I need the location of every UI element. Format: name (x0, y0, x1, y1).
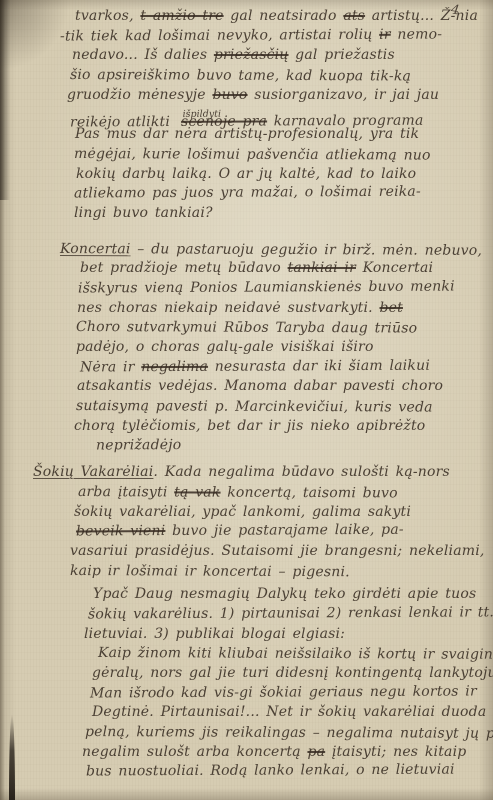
manuscript-line: chorą tylėčiomis, bet dar ir jis nieko a… (74, 417, 493, 437)
manuscript-line: sutaisymą pavesti p. Marcinkevičiui, kur… (76, 397, 493, 419)
text-run: šokių vakarėliai, ypač lankomi, galima s… (74, 504, 411, 520)
text-run: nesurasta dar iki šiam laikui (208, 357, 430, 374)
text-run: negalim sulošt arba koncertą (82, 744, 307, 760)
text-run: šokių vakarėlius. 1) pirtaunisai 2) renk… (88, 604, 493, 622)
text-run: bus nuostuoliai. Rodą lanko lenkai, o ne… (86, 762, 455, 780)
strikethrough-run: tą vak (174, 484, 220, 500)
text-run: karnavalo programa (267, 113, 424, 130)
strikethrough-run: pa (307, 744, 325, 760)
manuscript-line: šokių vakarėlius. 1) pirtaunisai 2) renk… (88, 603, 493, 625)
text-run: kokių darbų laiką. O ar jų kaltė, kad to… (76, 166, 416, 182)
manuscript-line: gruodžio mėnesyje buvo susiorganizavo, i… (67, 86, 493, 106)
manuscript-line: gėralų, nors gal jie turi didesnį kontin… (92, 664, 493, 684)
text-run: lingi buvo tankiai? (74, 205, 213, 221)
manuscript-body: tvarkos, t amžio tre gal neatsirado ats … (0, 7, 493, 782)
manuscript-line: kokių darbų laiką. O ar jų kaltė, kad to… (76, 165, 493, 185)
text-run: -tik tiek kad lošimai nevyko, artistai r… (60, 27, 379, 45)
manuscript-line: mėgėjai, kurie lošimui pašvenčia atlieka… (74, 145, 493, 167)
manuscript-line: pelną, kuriems jis reikalingas – negalim… (85, 723, 493, 744)
manuscript-line: atsakantis vedėjas. Manoma dabar pavesti… (77, 377, 493, 397)
text-run: gal neatsirado (224, 8, 344, 24)
manuscript-line: lietuviai. 3) publikai blogai elgiasi: (84, 625, 493, 645)
strikethrough-run: beveik vieni (76, 523, 166, 539)
manuscript-line: nes choras niekaip neidavė sustvarkyti. … (77, 299, 493, 319)
text-run: chorą tylėčiomis, bet dar ir jis nieko a… (74, 418, 425, 434)
text-run: lietuviai. 3) publikai blogai elgiasi: (84, 626, 345, 642)
text-run: susiorganizavo, ir jai jau (248, 87, 440, 103)
text-run: įtaisyti; nes kitaip (325, 744, 466, 760)
text-run: buvo jie pastarajame laike, pa- (165, 522, 403, 539)
text-run: koncertą, taisomi buvo (221, 484, 398, 501)
text-run: atsakantis vedėjas. Manoma dabar pavesti… (77, 378, 443, 394)
manuscript-line: nedavo... Iš dalies priežasčių gal priež… (72, 46, 493, 66)
strikethrough-run: buvo (212, 87, 247, 103)
strikethrough-run: tankiai ir (288, 260, 356, 276)
strikethrough-run: t amžio tre (140, 8, 223, 24)
text-run: sutaisymą pavesti p. Marcinkevičiui, kur… (76, 398, 433, 416)
text-run: tvarkos, (75, 8, 140, 24)
text-run: nemo- (391, 26, 442, 42)
manuscript-line: Man išrodo kad vis-gi šokiai geriaus neg… (90, 682, 493, 704)
text-run: vasariui prasidėjus. Sutaisomi jie brang… (70, 543, 485, 559)
manuscript-line: Choro sutvarkymui Rūbos Taryba daug triū… (76, 318, 493, 340)
strikethrough-run: priežasčių (214, 47, 289, 63)
text-run: Koncertai (356, 260, 433, 276)
text-run: reikėjo atlikti (70, 114, 177, 131)
inserted-word: išpildyti (183, 109, 221, 120)
manuscript-line: išskyrus vieną Ponios Laumianskienės buv… (78, 277, 493, 299)
manuscript-line: šio apsireiškimo buvo tame, kad kuopa ti… (70, 66, 493, 88)
text-run: neprižadėjo (96, 437, 181, 453)
text-run: Degtinė. Pirtaunisai!... Net ir šokių va… (92, 704, 486, 720)
text-run: šio apsireiškimo buvo tame, kad kuopa ti… (70, 67, 411, 84)
text-run: gruodžio mėnesyje (67, 87, 212, 103)
text-run: Kaip žinom kiti kliubai neišsilaiko iš k… (98, 645, 493, 663)
strikethrough-run: ats (343, 8, 365, 24)
manuscript-line: kaip ir lošimai ir koncertai – pigesni. (70, 562, 493, 584)
manuscript-line: šokių vakarėliai, ypač lankomi, galima s… (74, 503, 493, 523)
text-run: . Kada negalima būdavo sulošti ką-nors (153, 464, 450, 480)
manuscript-line: Kaip žinom kiti kliubai neišsilaiko iš k… (98, 644, 493, 665)
manuscript-line: Ypač Daug nesmagių Dalykų teko girdėti a… (93, 585, 493, 605)
manuscript-line: Šokių Vakarėliai. Kada negalima būdavo s… (33, 463, 493, 483)
manuscript-page: 4 tvarkos, t amžio tre gal neatsirado at… (0, 0, 493, 800)
text-run: kaip ir lošimai ir koncertai – pigesni. (70, 563, 350, 580)
manuscript-line: Degtinė. Pirtaunisai!... Net ir šokių va… (92, 703, 493, 723)
text-run: arba įtaisyti (78, 484, 174, 500)
text-run: išskyrus vieną Ponios Laumianskienės buv… (78, 278, 455, 296)
manuscript-line: lingi buvo tankiai? (74, 204, 493, 224)
manuscript-line: atliekamo pas juos yra mažai, o lošimai … (74, 182, 493, 204)
manuscript-line: Nėra ir negalima nesurasta dar iki šiam … (80, 356, 493, 378)
text-run: pelną, kuriems jis reikalingas – negalim… (85, 724, 493, 742)
strikethrough-run: bet (379, 300, 402, 316)
manuscript-line: tvarkos, t amžio tre gal neatsirado ats … (75, 7, 493, 27)
text-run: nes choras niekaip neidavė sustvarkyti. (77, 300, 379, 316)
text-run: Choro sutvarkymui Rūbos Taryba daug triū… (76, 319, 417, 336)
manuscript-line: bet pradžioje metų būdavo tankiai ir Kon… (80, 259, 493, 279)
text-run: nedavo... Iš dalies (72, 47, 214, 63)
text-run: Man išrodo kad vis-gi šokiai geriaus neg… (90, 683, 477, 701)
manuscript-line: bus nuostuoliai. Rodą lanko lenkai, o ne… (86, 761, 493, 783)
manuscript-line: neprižadėjo (96, 435, 493, 457)
manuscript-line: -tik tiek kad lošimai nevyko, artistai r… (60, 25, 493, 47)
text-run: bet pradžioje metų būdavo (80, 260, 288, 276)
text-run: Nėra ir (80, 359, 141, 375)
text-run: gėralų, nors gal jie turi didesnį kontin… (92, 665, 493, 681)
strikethrough-run: ir (379, 26, 391, 42)
section-heading: Koncertai (60, 241, 131, 257)
manuscript-line: beveik vieni buvo jie pastarajame laike,… (76, 521, 493, 543)
manuscript-line: vasariui prasidėjus. Sutaisomi jie brang… (70, 542, 493, 562)
manuscript-line: arba įtaisyti tą vak koncertą, taisomi b… (78, 483, 493, 504)
manuscript-line: negalim sulošt arba koncertą pa įtaisyti… (82, 743, 493, 763)
manuscript-line: reikėjo atlikti išpildytiscenoje pra kar… (70, 104, 493, 126)
section-heading: Šokių Vakarėliai (33, 464, 153, 480)
text-run: Ypač Daug nesmagių Dalykų teko girdėti a… (93, 586, 476, 602)
strikethrough-run: negalima (141, 359, 208, 375)
text-run: artistų... Ž-nia (365, 8, 478, 24)
manuscript-line: Koncertai – du pastaruoju gegužio ir bir… (60, 240, 493, 262)
manuscript-line: padėjo, o choras galų-gale visiškai išir… (76, 338, 493, 358)
text-run: padėjo, o choras galų-gale visiškai išir… (76, 339, 374, 355)
text-run: atliekamo pas juos yra mažai, o lošimai … (74, 184, 421, 202)
text-run: gal priežastis (289, 47, 395, 63)
text-run: mėgėjai, kurie lošimui pašvenčia atlieka… (74, 146, 431, 164)
text-run: – du pastaruoju gegužio ir birž. mėn. ne… (131, 241, 483, 259)
